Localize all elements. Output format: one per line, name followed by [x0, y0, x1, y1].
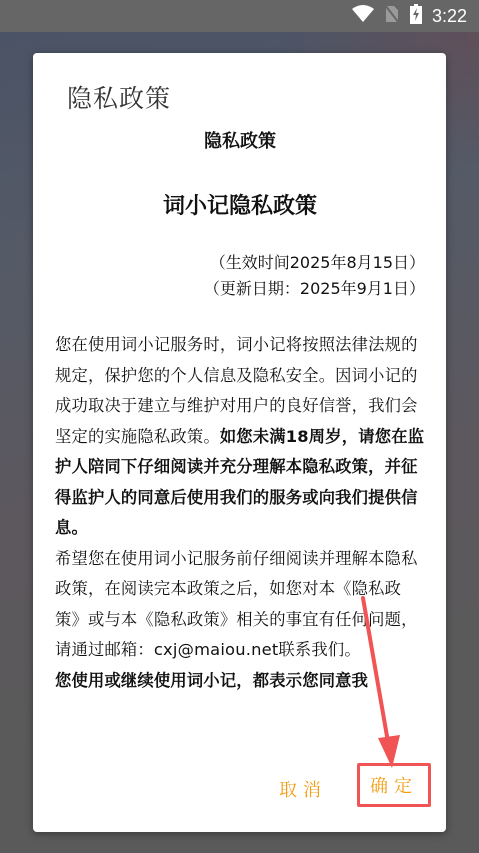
clock: 3:22 [432, 6, 467, 27]
policy-heading: 词小记隐私政策 [55, 189, 425, 220]
privacy-policy-dialog: 隐私政策 隐私政策 词小记隐私政策 （生效时间2025年8月15日） （更新日期… [33, 53, 446, 832]
updated-date: （更新日期：2025年9月1日） [55, 276, 425, 302]
policy-content[interactable]: 隐私政策 词小记隐私政策 （生效时间2025年8月15日） （更新日期：2025… [55, 123, 425, 696]
wifi-icon [352, 5, 374, 27]
policy-subtitle: 隐私政策 [55, 127, 425, 153]
dialog-actions: 取消 确定 [33, 752, 446, 832]
effective-date: （生效时间2025年8月15日） [55, 250, 425, 276]
dialog-title: 隐私政策 [67, 79, 171, 115]
battery-charging-icon [410, 4, 422, 28]
policy-paragraph-1: 您在使用词小记服务时，词小记将按照法律法规的规定，保护您的个人信息及隐私安全。因… [55, 330, 425, 544]
policy-paragraph-3: 您使用或继续使用词小记，都表示您同意我 [55, 666, 425, 697]
policy-paragraph-2: 希望您在使用词小记服务前仔细阅读并理解本隐私政策，在阅读完本政策之后，如您对本《… [55, 544, 425, 666]
confirm-button[interactable]: 确定 [357, 763, 431, 807]
status-bar: 3:22 [0, 0, 479, 32]
cancel-button[interactable]: 取消 [271, 770, 335, 808]
no-sim-icon [384, 4, 400, 28]
policy-dates: （生效时间2025年8月15日） （更新日期：2025年9月1日） [55, 250, 425, 302]
